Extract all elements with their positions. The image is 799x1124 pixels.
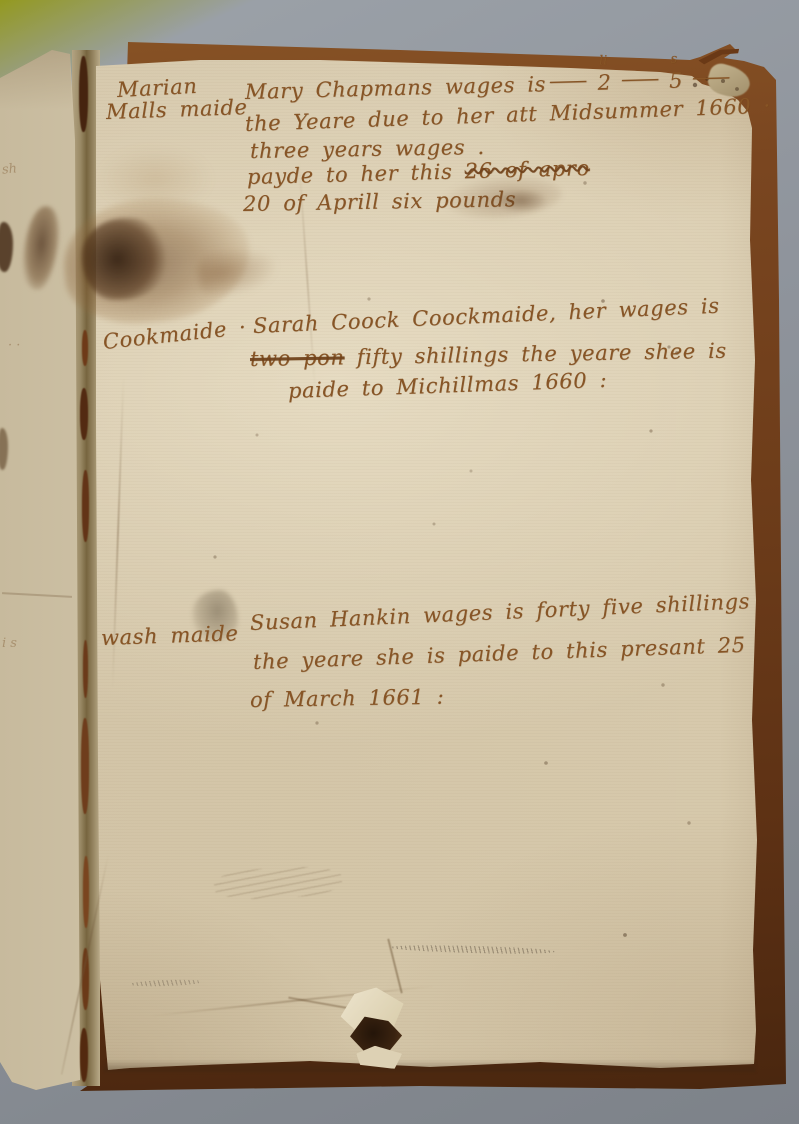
large-brown-stain-core [82, 218, 166, 300]
margin-annotation: Malls maide [106, 95, 248, 124]
gutter-binding-fragment [82, 470, 89, 542]
gutter-binding-fragment [82, 330, 88, 366]
struck-text: 26 of apro [464, 156, 590, 183]
stain-halo [100, 148, 210, 210]
amount-pounds: li2 [597, 70, 612, 94]
gutter-binding-fragment [83, 856, 89, 928]
ink-offset-mark: i s [2, 636, 17, 651]
gutter-binding-fragment [80, 388, 88, 440]
facing-page-shadow [0, 50, 78, 110]
gutter-binding-fragment [83, 640, 88, 698]
photograph-of-account-book: sh · · i s Marian Malls maide Mary Chapm… [0, 0, 799, 1124]
margin-annotation: wash maide [101, 621, 239, 650]
ink-offset-mark: sh [1, 161, 18, 177]
gutter-binding-fragment [81, 718, 89, 814]
gutter-binding-fragment [80, 1028, 88, 1082]
pounds-unit: li [599, 54, 608, 69]
page-bottom-shadow [104, 1060, 756, 1072]
dash: — [548, 68, 590, 93]
entry-line: of March 1661 : [250, 685, 445, 712]
amount-shillings: s5 [669, 69, 684, 93]
struck-text: two pon [250, 345, 345, 371]
ink-offset-mark: · · [8, 338, 20, 353]
dash: — [691, 64, 733, 89]
dash: — [619, 66, 661, 91]
foxing-specks [0, 0, 2, 2]
gutter-binding-fragment [79, 56, 88, 132]
shillings-unit: s [670, 52, 677, 67]
entry-line: 20 of Aprill six pounds [243, 187, 517, 216]
